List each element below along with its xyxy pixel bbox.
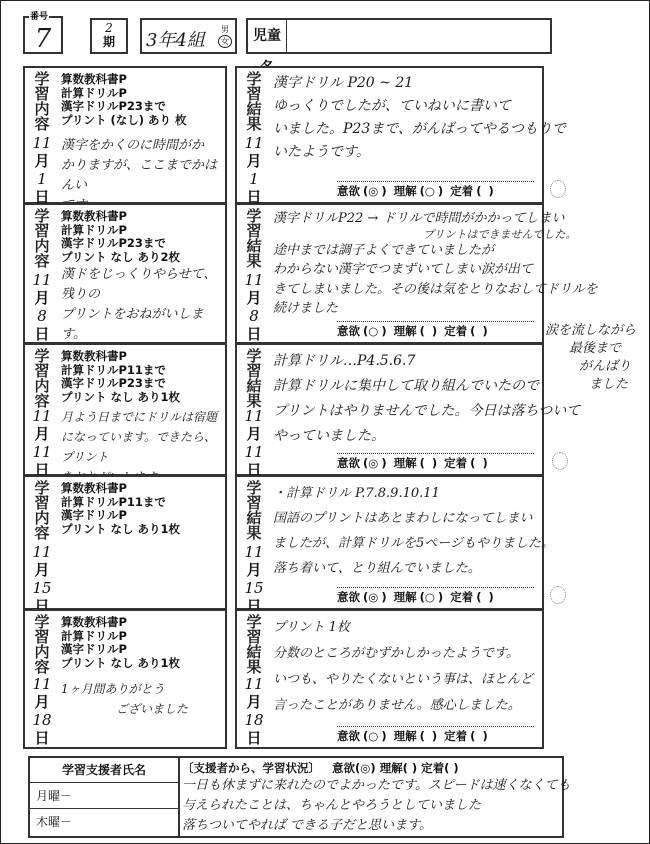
result-cell-3: 学習結果 11月11日 計算ドリル…P4.5.6.7計算ドリルに集中して取り組ん… [235,343,544,476]
assignment-list: 算数教科書P計算ドリルP11まで漢字ドリルPプリント なし あり1枚 [61,482,180,536]
student-name-label: 児童名 [248,20,287,52]
result-vertical-label: 学習結果 [243,481,265,541]
assignment-list: 算数教科書P計算ドリルP漢字ドリルPプリント なし あり1枚 [61,616,180,670]
result-overflow-note: 涙を流しながら 最後まで がんばり ました [545,322,636,394]
class-value: 3年4組 [146,26,205,52]
supporter-table: 学習支援者氏名 月曜－ 木曜－ 〔支援者から、学習状況〕 意欲(◎) 理解( )… [28,756,564,838]
assignment-list: 算数教科書P計算ドリルP11まで漢字ドリルP23までプリント なし あり1枚 [61,350,180,404]
entry-date: 11月15日 [243,543,265,615]
content-cell-4: 学習内容 11月15日 算数教科書P計算ドリルP11まで漢字ドリルPプリント な… [23,475,227,610]
supporter-names: 学習支援者氏名 月曜－ 木曜－ [30,758,180,836]
result-vertical-label: 学習結果 [243,615,265,675]
term-box: 2 期 [90,18,128,54]
supporter-thursday: 木曜－ [30,809,178,836]
evaluation-row: 意欲(◎) 理解( ) 定着( ) [337,453,534,472]
result-cell-4: 学習結果 11月15日 ・計算ドリル P.7.8.9.10.11国語のプリントは… [235,475,544,610]
student-name-box: 児童名 [246,18,552,54]
supporter-monday: 月曜－ [30,783,178,809]
student-number-value: 7 [25,24,61,54]
content-cell-1: 学習内容 11月1日 算数教科書P計算ドリルP漢字ドリルP23までプリント (な… [23,66,227,204]
content-cell-2: 学習内容 11月8日 算数教科書P計算ドリルP漢字ドリルP23までプリント なし… [23,203,227,344]
study-result-text: 計算ドリル…P4.5.6.7計算ドリルに集中して取り組んでいたのでプリントはやり… [273,349,536,449]
result-vertical-label: 学習結果 [243,209,265,269]
supporter-comment-text: 一日も休まずに来れたのでよかったです。スピードは速くなくても 与えられたことは、… [182,776,558,836]
content-vertical-label: 学習内容 [31,481,53,541]
assignment-list: 算数教科書P計算ドリルP漢字ドリルP23までプリント (なし) あり 枚 [61,73,187,127]
entry-date: 11月11日 [31,407,53,479]
result-cell-2: 学習結果 11月8日 漢字ドリルP22 → ドリルで時間がかかってしまい プリン… [235,203,544,344]
content-cell-3: 学習内容 11月11日 算数教科書P計算ドリルP11まで漢字ドリルP23までプリ… [23,343,227,476]
student-number-label: 番号 [29,9,49,22]
study-result-text: プリント 1枚分数のところがむずかしかったようです。いつも、やりたくないという事… [273,615,536,719]
seal-stamp-icon [550,586,566,604]
supporter-title: 学習支援者氏名 [30,758,178,783]
entry-date: 11月18日 [243,675,265,747]
content-vertical-label: 学習内容 [31,349,53,409]
gender-male: 男 [221,25,229,34]
evaluation-row: 意欲(○) 理解( ) 定着( ) [337,321,534,340]
content-cell-5: 学習内容 11月18日 算数教科書P計算ドリルP漢字ドリルPプリント なし あり… [23,609,227,749]
parent-memo: 1ヶ月間ありがとうございました [61,679,219,719]
entry-date: 11月11日 [243,407,265,479]
parent-memo: 漢ドをじっくりやらせて、残りのプリントをおねがいします。 [61,265,219,345]
class-box: 3年4組 男 女 [140,18,237,54]
entry-date: 11月8日 [243,271,265,343]
study-result-text: 漢字ドリル P20 ~ 21ゆっくりでしたが、ていねいに書いていました。P23ま… [273,72,536,164]
evaluation-row: 意欲(◎) 理解(○) 定着( ) [337,587,534,606]
content-vertical-label: 学習内容 [31,72,53,132]
student-number-box: 番号 7 [23,16,63,54]
gender-selector: 男 女 [218,25,232,48]
study-result-text: 漢字ドリルP22 → ドリルで時間がかかってしまい プリントはできませんでした。… [273,209,536,319]
result-cell-5: 学習結果 11月18日 プリント 1枚分数のところがむずかしかったようです。いつ… [235,609,544,749]
supporter-comment-header: 〔支援者から、学習状況〕 意欲(◎) 理解( ) 定着( ) [182,760,558,776]
gender-female-circled: 女 [218,35,232,48]
evaluation-row: 意欲(○) 理解( ) 定着( ) [337,726,534,745]
result-vertical-label: 学習結果 [243,72,265,132]
entry-date: 11月8日 [31,271,53,343]
supporter-comment: 〔支援者から、学習状況〕 意欲(◎) 理解( ) 定着( ) 一日も休まずに来れ… [182,760,558,836]
content-vertical-label: 学習内容 [31,615,53,675]
content-vertical-label: 学習内容 [31,209,53,269]
evaluation-row: 意欲(◎) 理解(○) 定着( ) [337,181,534,200]
seal-stamp-icon [552,452,568,470]
assignment-list: 算数教科書P計算ドリルP漢字ドリルP23までプリント なし あり2枚 [61,210,180,264]
result-vertical-label: 学習結果 [243,349,265,409]
entry-date: 11月18日 [31,675,53,747]
entry-date: 11月1日 [243,134,265,206]
result-cell-1: 学習結果 11月1日 漢字ドリル P20 ~ 21ゆっくりでしたが、ていねいに書… [235,66,544,204]
term-label: 期 [92,33,126,50]
entry-date: 11月1日 [31,134,53,206]
study-result-text: ・計算ドリル P.7.8.9.10.11国語のプリントはあとまわしになってしまい… [273,481,536,581]
seal-stamp-icon [550,180,566,198]
entry-date: 11月15日 [31,543,53,615]
